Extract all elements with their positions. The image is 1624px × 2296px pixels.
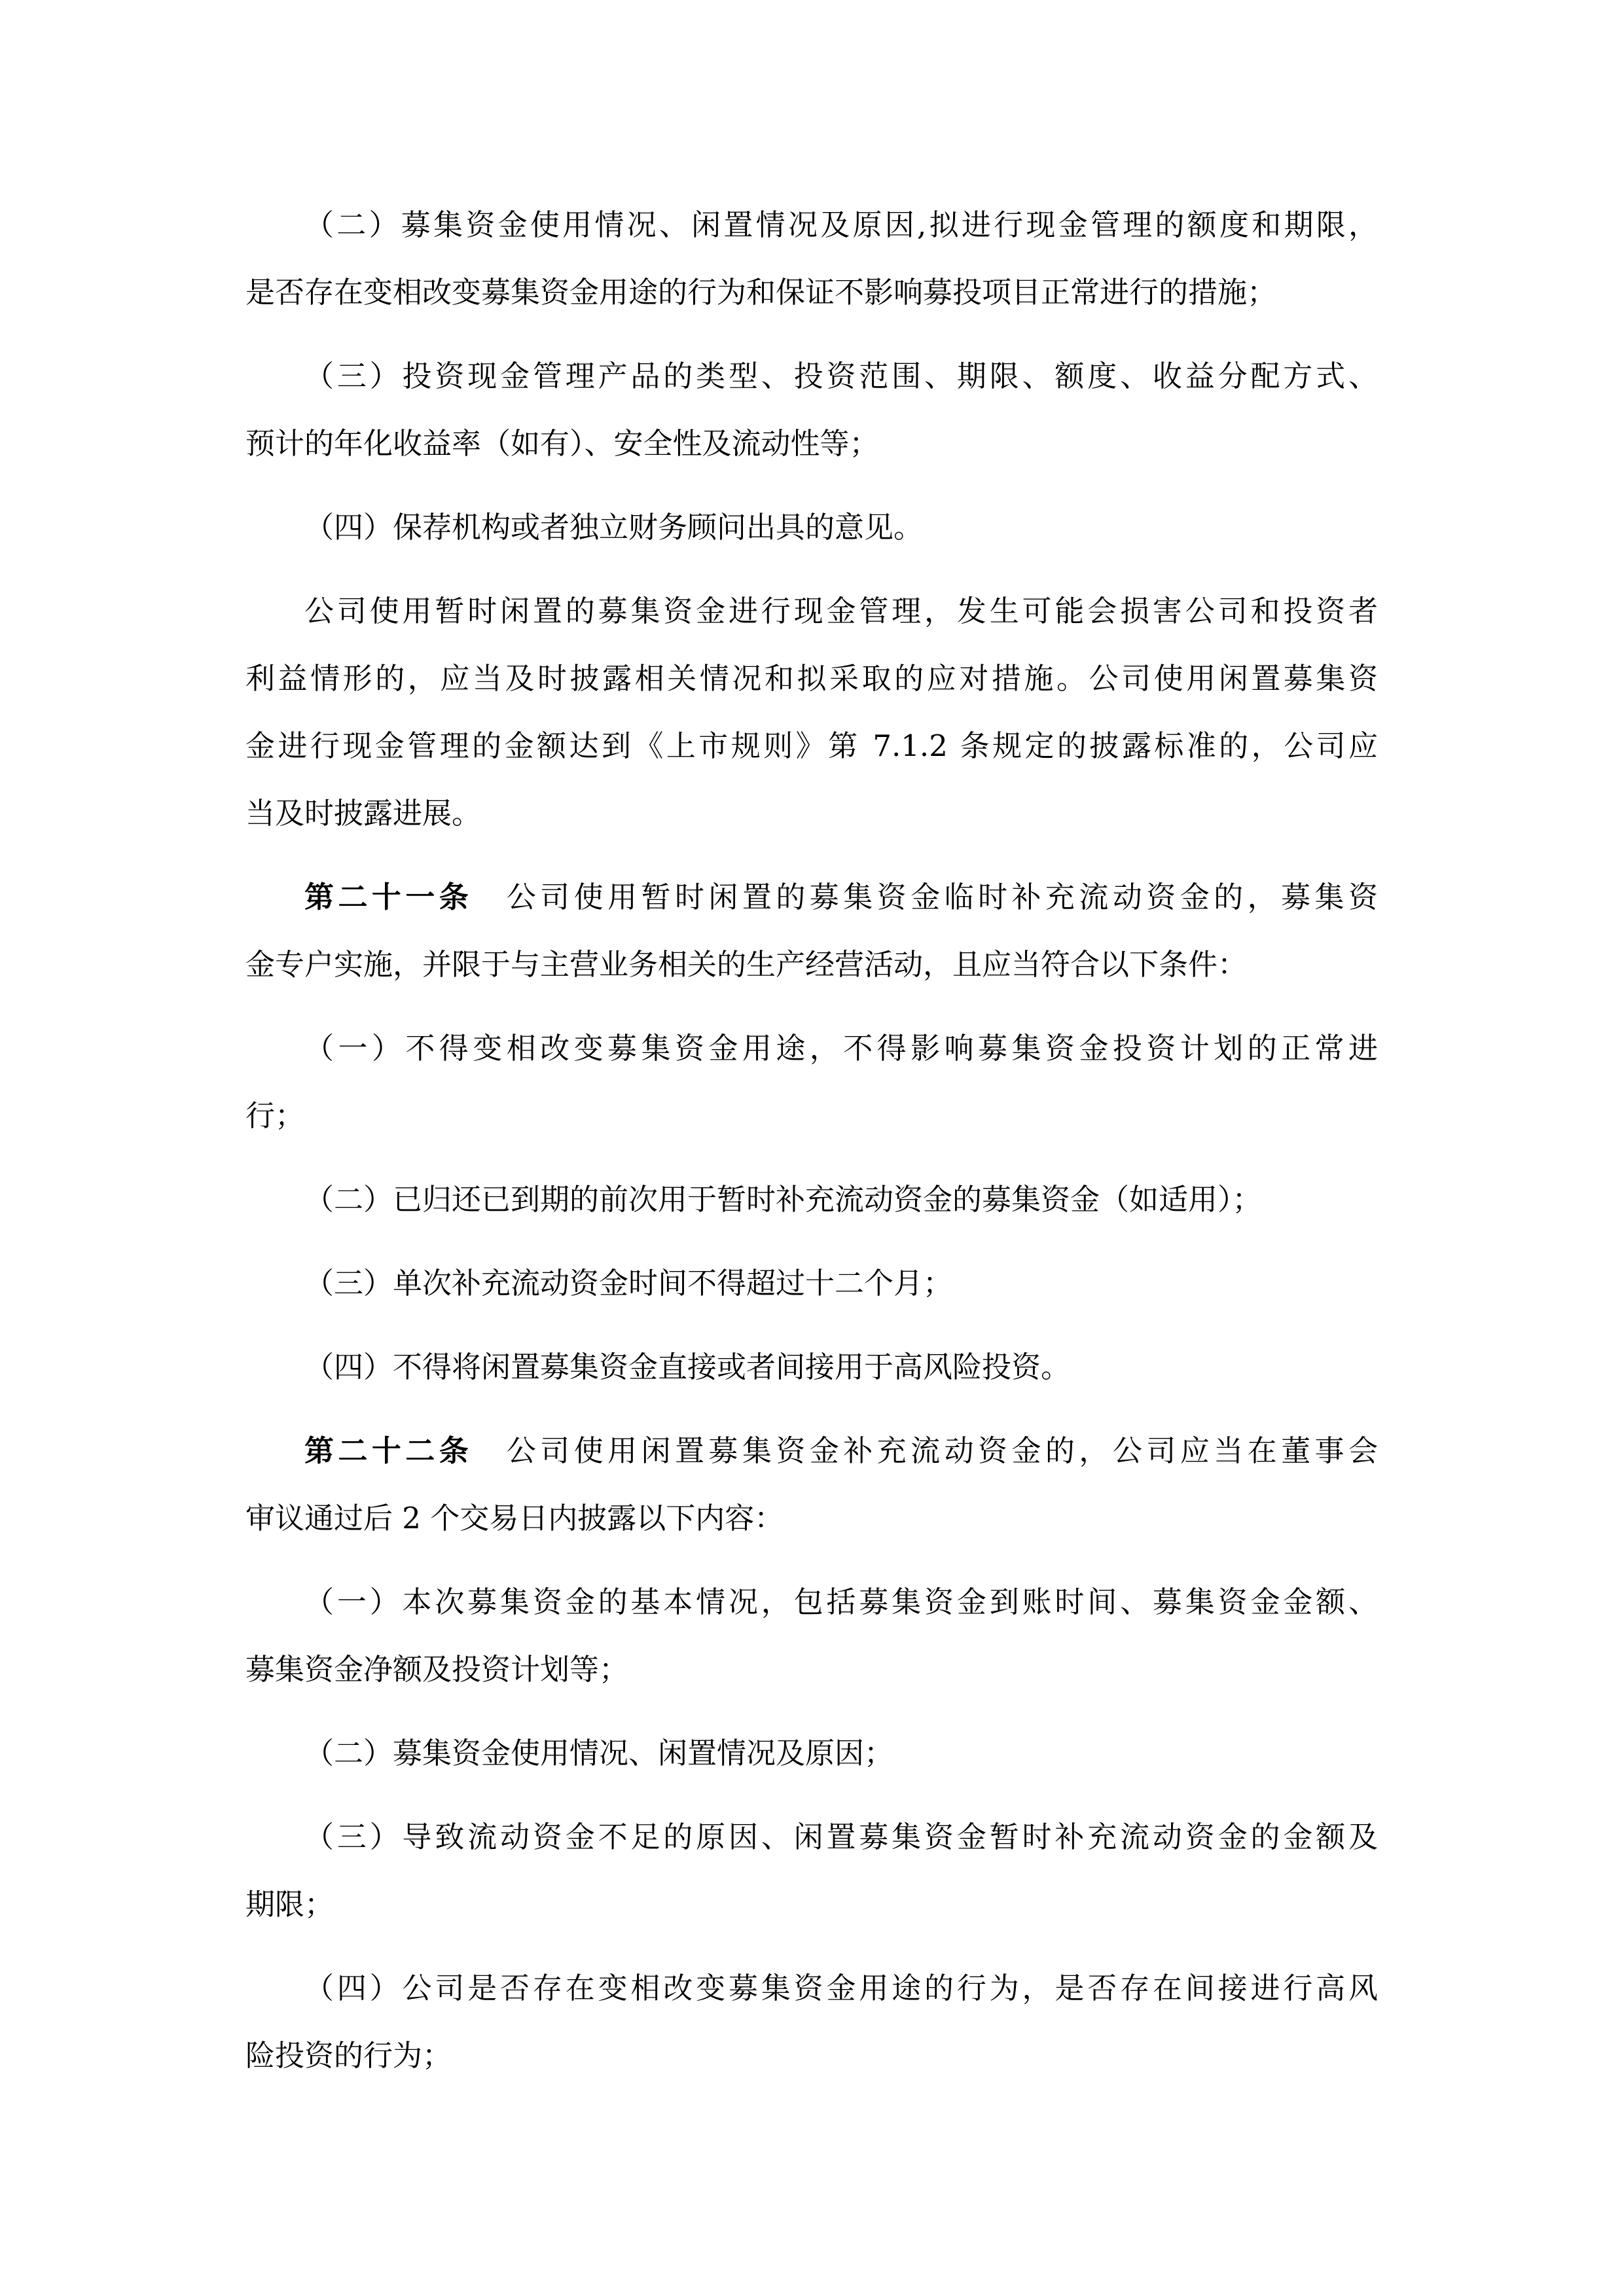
text-line: （一）不得变相改变募集资金用途，不得影响募集资金投资计划的正常进 bbox=[245, 1014, 1378, 1082]
text-line: 险投资的行为； bbox=[245, 2022, 1378, 2089]
text-line: （四）不得将闲置募集资金直接或者间接用于高风险投资。 bbox=[245, 1333, 1378, 1401]
text-line: （三）导致流动资金不足的原因、闲置募集资金暂时补充流动资金的金额及 bbox=[245, 1803, 1378, 1871]
text-line: 期限； bbox=[245, 1871, 1378, 1938]
paragraph: （二）募集资金使用情况、闲置情况及原因,拟进行现金管理的额度和期限，是否存在变相… bbox=[245, 191, 1378, 326]
paragraph: （一）本次募集资金的基本情况，包括募集资金到账时间、募集资金金额、募集资金净额及… bbox=[245, 1568, 1378, 1703]
paragraph: 第二十二条 公司使用闲置募集资金补充流动资金的，公司应当在董事会审议通过后 2 … bbox=[245, 1417, 1378, 1552]
text-line: 公司使用暂时闲置的募集资金进行现金管理，发生可能会损害公司和投资者 bbox=[245, 577, 1378, 645]
text-line: 当及时披露进展。 bbox=[245, 780, 1378, 847]
paragraph: （三）单次补充流动资金时间不得超过十二个月； bbox=[245, 1249, 1378, 1317]
text-line: （二）募集资金使用情况、闲置情况及原因,拟进行现金管理的额度和期限， bbox=[245, 191, 1378, 259]
paragraph: （四）不得将闲置募集资金直接或者间接用于高风险投资。 bbox=[245, 1333, 1378, 1401]
text-line: 审议通过后 2 个交易日内披露以下内容： bbox=[245, 1484, 1378, 1552]
text-line: （二）已归还已到期的前次用于暂时补充流动资金的募集资金（如适用）； bbox=[245, 1166, 1378, 1233]
text-line: （三）投资现金管理产品的类型、投资范围、期限、额度、收益分配方式、 bbox=[245, 342, 1378, 410]
text-line: （三）单次补充流动资金时间不得超过十二个月； bbox=[245, 1249, 1378, 1317]
line-text: 公司使用闲置募集资金补充流动资金的，公司应当在董事会 bbox=[473, 1433, 1378, 1468]
text-line: （二）募集资金使用情况、闲置情况及原因； bbox=[245, 1719, 1378, 1787]
paragraph: （二）募集资金使用情况、闲置情况及原因； bbox=[245, 1719, 1378, 1787]
text-line: 预计的年化收益率（如有）、安全性及流动性等； bbox=[245, 410, 1378, 477]
text-line: 第二十二条 公司使用闲置募集资金补充流动资金的，公司应当在董事会 bbox=[245, 1417, 1378, 1484]
text-line: 金进行现金管理的金额达到《上市规则》第 7.1.2 条规定的披露标准的，公司应 bbox=[245, 712, 1378, 780]
document-body: （二）募集资金使用情况、闲置情况及原因,拟进行现金管理的额度和期限，是否存在变相… bbox=[245, 191, 1378, 2106]
text-line: 行； bbox=[245, 1082, 1378, 1149]
paragraph: （一）不得变相改变募集资金用途，不得影响募集资金投资计划的正常进行； bbox=[245, 1014, 1378, 1149]
text-line: 募集资金净额及投资计划等； bbox=[245, 1636, 1378, 1703]
paragraph: （三）导致流动资金不足的原因、闲置募集资金暂时补充流动资金的金额及期限； bbox=[245, 1803, 1378, 1938]
article-number: 第二十二条 bbox=[304, 1433, 473, 1468]
document-page: （二）募集资金使用情况、闲置情况及原因,拟进行现金管理的额度和期限，是否存在变相… bbox=[0, 0, 1624, 2296]
text-line: 金专户实施，并限于与主营业务相关的生产经营活动，且应当符合以下条件： bbox=[245, 931, 1378, 998]
article-number: 第二十一条 bbox=[304, 880, 473, 914]
paragraph: （四）保荐机构或者独立财务顾问出具的意见。 bbox=[245, 493, 1378, 561]
text-line: （一）本次募集资金的基本情况，包括募集资金到账时间、募集资金金额、 bbox=[245, 1568, 1378, 1636]
text-line: （四）公司是否存在变相改变募集资金用途的行为，是否存在间接进行高风 bbox=[245, 1954, 1378, 2022]
text-line: 利益情形的，应当及时披露相关情况和拟采取的应对措施。公司使用闲置募集资 bbox=[245, 645, 1378, 712]
paragraph: （四）公司是否存在变相改变募集资金用途的行为，是否存在间接进行高风险投资的行为； bbox=[245, 1954, 1378, 2089]
paragraph: 公司使用暂时闲置的募集资金进行现金管理，发生可能会损害公司和投资者利益情形的，应… bbox=[245, 577, 1378, 847]
paragraph: （三）投资现金管理产品的类型、投资范围、期限、额度、收益分配方式、预计的年化收益… bbox=[245, 342, 1378, 477]
text-line: 是否存在变相改变募集资金用途的行为和保证不影响募投项目正常进行的措施； bbox=[245, 259, 1378, 326]
text-line: 第二十一条 公司使用暂时闲置的募集资金临时补充流动资金的，募集资 bbox=[245, 863, 1378, 931]
paragraph: 第二十一条 公司使用暂时闲置的募集资金临时补充流动资金的，募集资金专户实施，并限… bbox=[245, 863, 1378, 998]
line-text: 公司使用暂时闲置的募集资金临时补充流动资金的，募集资 bbox=[473, 880, 1378, 914]
text-line: （四）保荐机构或者独立财务顾问出具的意见。 bbox=[245, 493, 1378, 561]
paragraph: （二）已归还已到期的前次用于暂时补充流动资金的募集资金（如适用）； bbox=[245, 1166, 1378, 1233]
